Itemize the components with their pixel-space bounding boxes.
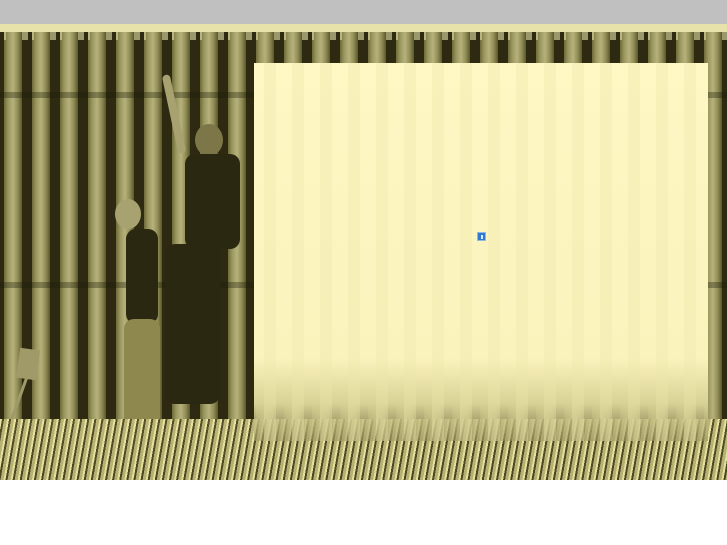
image-placeholder <box>254 63 708 441</box>
top-bar <box>0 0 727 24</box>
yard-sign <box>16 348 40 380</box>
child-climbing-torso <box>185 154 240 249</box>
child-climbing-head <box>195 124 223 156</box>
child-head <box>115 199 141 229</box>
child-climbing-legs <box>165 244 220 404</box>
broken-image-icon[interactable] <box>477 232 486 241</box>
fence-photo <box>0 24 727 480</box>
child-standing-torso <box>126 229 158 324</box>
